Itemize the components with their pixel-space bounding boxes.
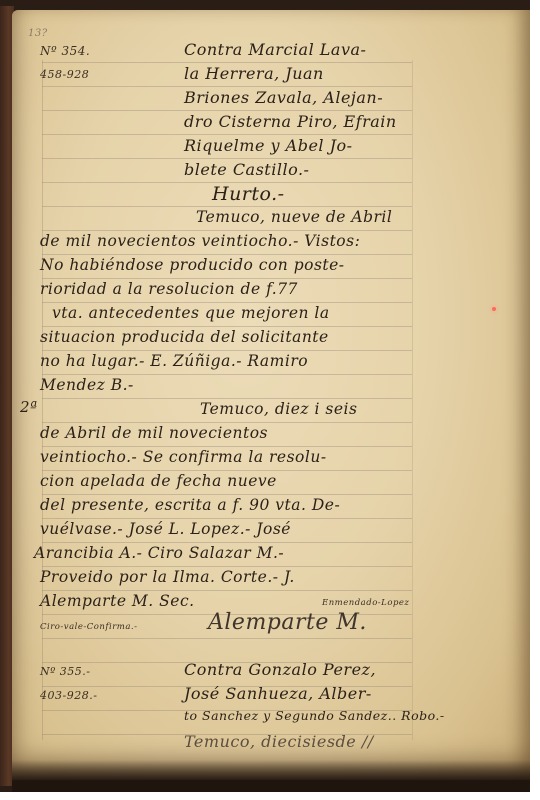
light-reflection bbox=[492, 307, 496, 311]
entry-header-line: José Sanhueza, Alber- bbox=[184, 684, 372, 703]
ruled-line bbox=[42, 206, 412, 207]
body-line: Temuco, diez i seis bbox=[200, 400, 357, 418]
page-number: 13? bbox=[28, 28, 48, 39]
ruled-line bbox=[42, 494, 412, 495]
ruled-line bbox=[42, 470, 412, 471]
ruled-line bbox=[42, 590, 412, 591]
body-line: No habiéndose producido con poste- bbox=[40, 256, 345, 274]
body-line: Arancibia A.- Ciro Salazar M.- bbox=[34, 544, 284, 562]
ruled-line bbox=[42, 326, 412, 327]
ruled-line bbox=[42, 350, 412, 351]
body-line: Temuco, nueve de Abril bbox=[196, 208, 392, 226]
body-line: veintiocho.- Se confirma la resolu- bbox=[40, 448, 327, 466]
margin-annotation: Enmendado-Lopez bbox=[322, 598, 409, 608]
entry-header-line: Contra Marcial Lava- bbox=[184, 40, 366, 59]
entry-header-line: Temuco, diecisiesde // bbox=[184, 732, 374, 751]
ruled-line bbox=[42, 422, 412, 423]
body-line: vuélvase.- José L. Lopez.- José bbox=[40, 520, 291, 538]
signature: Alemparte M. bbox=[208, 610, 367, 635]
entry-header-line: Riquelme y Abel Jo- bbox=[184, 136, 353, 155]
page-bottom-shadow bbox=[12, 760, 530, 792]
ruled-line bbox=[42, 518, 412, 519]
body-line: de Abril de mil novecientos bbox=[40, 424, 268, 442]
ruled-line bbox=[42, 446, 412, 447]
entry-header-line: Contra Gonzalo Perez, bbox=[184, 660, 376, 679]
body-line: Alemparte M. Sec. bbox=[40, 592, 195, 610]
entry-number: Nº 354. bbox=[40, 44, 90, 58]
ruled-line bbox=[42, 134, 412, 135]
body-line: Proveido por la Ilma. Corte.- J. bbox=[40, 568, 295, 586]
ruled-line bbox=[42, 374, 412, 375]
body-line: cion apelada de fecha nueve bbox=[40, 472, 277, 490]
file-reference: 403-928.- bbox=[40, 689, 97, 702]
ruled-line bbox=[42, 638, 412, 639]
body-line: no ha lugar.- E. Zúñiga.- Ramiro bbox=[40, 352, 308, 370]
ruled-line bbox=[42, 86, 412, 87]
right-rule bbox=[412, 60, 413, 740]
body-line: rioridad a la resolucion de f.77 bbox=[40, 280, 298, 298]
entry-header-line: dro Cisterna Piro, Efrain bbox=[184, 112, 397, 131]
entry-header-line: to Sanchez y Segundo Sandez.. Robo.- bbox=[184, 708, 445, 723]
ruled-line bbox=[42, 110, 412, 111]
ruled-line bbox=[42, 278, 412, 279]
ruled-line bbox=[42, 302, 412, 303]
entry-number: Nº 355.- bbox=[40, 665, 91, 678]
body-line: vta. antecedentes que mejoren la bbox=[52, 304, 330, 322]
ruled-line bbox=[42, 230, 412, 231]
entry-header-line: la Herrera, Juan bbox=[184, 64, 324, 83]
entry-header-line: blete Castillo.- bbox=[184, 160, 309, 179]
body-line: de mil novecientos veintiocho.- Vistos: bbox=[40, 232, 360, 250]
body-line: Mendez B.- bbox=[40, 376, 134, 394]
ruled-line bbox=[42, 398, 412, 399]
instance-marker: 2ª bbox=[20, 398, 38, 416]
file-reference: 458-928 bbox=[40, 68, 89, 81]
ruled-line bbox=[42, 254, 412, 255]
ruled-line bbox=[42, 542, 412, 543]
entry-header-line: Briones Zavala, Alejan- bbox=[184, 88, 383, 107]
margin-annotation: Ciro-vale-Confirma.- bbox=[40, 622, 138, 632]
body-line: del presente, escrita a f. 90 vta. De- bbox=[40, 496, 340, 514]
ruled-line bbox=[42, 62, 412, 63]
ruled-line bbox=[42, 158, 412, 159]
ruled-line bbox=[42, 566, 412, 567]
charge-title: Hurto.- bbox=[212, 183, 285, 205]
body-line: situacion producida del solicitante bbox=[40, 328, 329, 346]
